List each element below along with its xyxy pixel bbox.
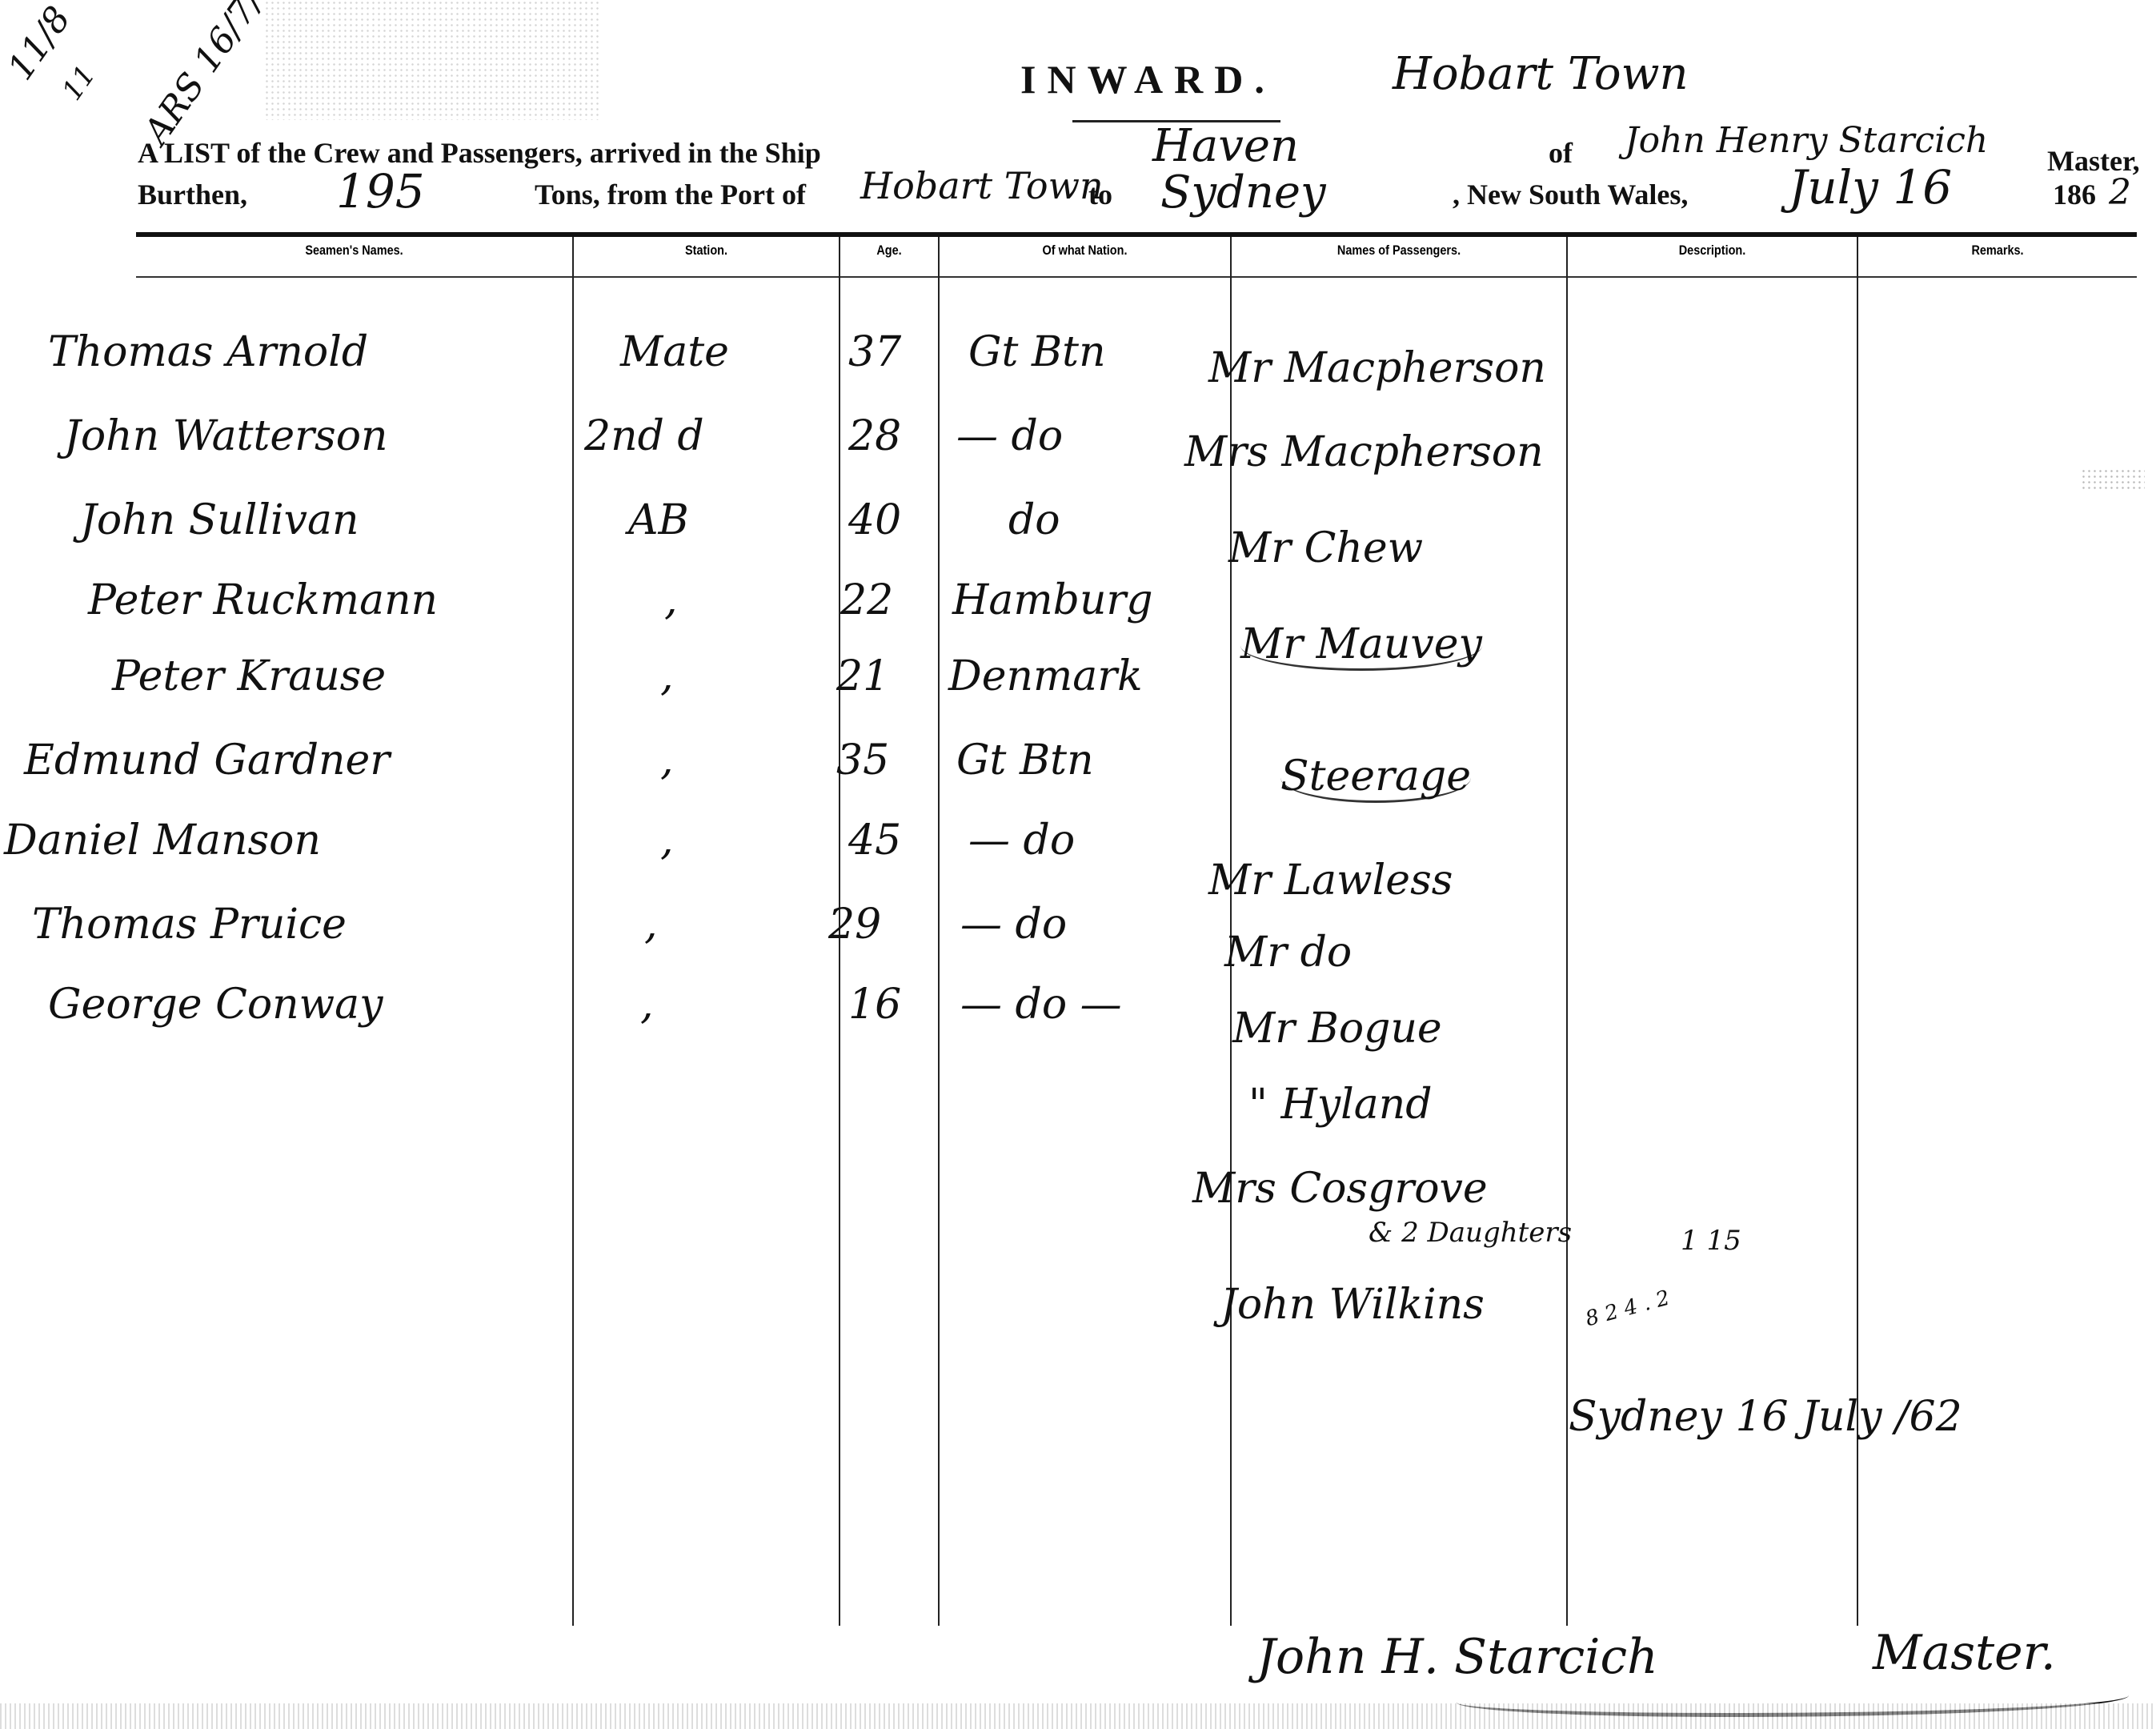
divider-description (1566, 237, 1568, 1626)
seaman-age: 28 (848, 412, 901, 460)
of-label: of (1549, 136, 1573, 170)
ship-name-line2: Haven (1152, 120, 1299, 172)
year-prefix: 186 (2053, 178, 2096, 211)
seaman-nation: Hamburg (952, 576, 1153, 624)
passenger-name: Mr Chew (1228, 524, 1423, 572)
col-header-remarks: Remarks. (1879, 243, 2116, 259)
description-figure-bottom: 8 2 4 . 2 (1583, 1286, 1673, 1332)
passenger-note: & 2 Daughters (1369, 1217, 1572, 1249)
passenger-name: Mrs Macpherson (1184, 428, 1544, 476)
passenger-name: Mr do (1224, 929, 1352, 977)
arrival-place-date: Sydney 16 July /62 (1569, 1393, 1962, 1441)
seaman-name: Daniel Manson (4, 816, 321, 864)
nsw-label: , New South Wales, (1453, 178, 1688, 211)
master-name: John Henry Starcich (1625, 120, 1988, 161)
crew-row: John Watterson 2nd d 28 — do (0, 412, 1230, 476)
seaman-name: Peter Krause (112, 652, 386, 700)
seaman-station: 2nd d (584, 412, 704, 460)
crew-row: Peter Krause , 21 Denmark (0, 652, 1230, 716)
seaman-name: Thomas Pruice (32, 901, 347, 949)
seaman-age: 45 (848, 816, 901, 864)
col-header-description: Description. (1589, 243, 1835, 259)
tons-from-port-label: Tons, from the Port of (535, 178, 806, 211)
from-port: Hobart Town (860, 164, 1104, 207)
seaman-age: 21 (836, 652, 889, 700)
col-header-age: Age. (848, 243, 931, 259)
crew-row: George Conway , 16 — do — (0, 981, 1230, 1045)
seaman-station: Mate (620, 328, 729, 376)
list-heading-line1: A LIST of the Crew and Passengers, arriv… (138, 136, 821, 170)
seaman-nation: Denmark (948, 652, 1143, 700)
master-title: Master. (1873, 1625, 2056, 1681)
seaman-name: John Sullivan (80, 496, 359, 544)
passenger-name: Mr Mauvey (1240, 620, 1482, 671)
description-figure-top: 1 15 (1681, 1225, 1741, 1257)
header-rule-thick (136, 232, 2137, 237)
arrival-date: July 16 (1789, 160, 1952, 215)
seaman-station: AB (628, 496, 689, 544)
burthen-label: Burthen, (138, 178, 247, 211)
seaman-station: , (664, 576, 678, 624)
to-port: Sydney (1160, 166, 1326, 219)
seaman-age: 29 (828, 901, 881, 949)
seaman-station: , (660, 736, 674, 784)
crew-row: Peter Ruckmann , 22 Hamburg (0, 576, 1230, 640)
seaman-name: John Watterson (64, 412, 388, 460)
seaman-station: , (660, 816, 674, 864)
passenger-name: Mr Bogue (1232, 1005, 1442, 1053)
year-suffix: 2 (2109, 172, 2131, 213)
passenger-name: " Hyland (1248, 1081, 1433, 1129)
crew-row: Thomas Arnold Mate 37 Gt Btn (0, 328, 1230, 392)
passenger-name: John Wilkins (1220, 1281, 1485, 1329)
document-title: INWARD. (1020, 56, 1276, 102)
seaman-age: 22 (840, 576, 893, 624)
seaman-name: Edmund Gardner (24, 736, 390, 784)
burthen-tons: 195 (336, 164, 425, 219)
passenger-name: Mr Lawless (1208, 856, 1453, 905)
col-header-nation: Of what Nation. (961, 243, 1208, 259)
seaman-age: 35 (836, 736, 889, 784)
steerage-heading: Steerage (1280, 752, 1471, 803)
seaman-name: Peter Ruckmann (88, 576, 438, 624)
col-header-passengers: Names of Passengers. (1256, 243, 1541, 259)
scan-noise-top (264, 0, 600, 120)
master-signature: John H. Starcich (1256, 1629, 1658, 1685)
ship-name-handwritten: Hobart Town (1393, 48, 1689, 100)
seaman-nation: — do (968, 816, 1075, 864)
scan-speck (2081, 468, 2145, 492)
crew-row: Edmund Gardner , 35 Gt Btn (0, 736, 1230, 800)
seaman-name: George Conway (48, 981, 383, 1029)
passenger-name: Mrs Cosgrove (1192, 1165, 1488, 1213)
col-header-seamen-names: Seamen's Names. (169, 243, 539, 259)
seaman-nation: Gt Btn (956, 736, 1094, 784)
seaman-age: 40 (848, 496, 901, 544)
seaman-nation: — do — (960, 981, 1122, 1029)
seaman-nation: Gt Btn (968, 328, 1106, 376)
seaman-nation: — do (956, 412, 1063, 460)
seaman-station: , (644, 901, 658, 949)
col-header-station: Station. (594, 243, 819, 259)
seaman-nation: — do (960, 901, 1067, 949)
crew-row: Thomas Pruice , 29 — do (0, 901, 1230, 965)
seaman-nation: do (1008, 496, 1060, 544)
seaman-station: , (640, 981, 654, 1029)
seaman-station: , (660, 652, 674, 700)
seaman-age: 37 (848, 328, 901, 376)
to-label: to (1088, 178, 1112, 211)
passenger-name: Mr Macpherson (1208, 344, 1546, 392)
header-rule-thin (136, 276, 2137, 278)
seaman-name: Thomas Arnold (48, 328, 368, 376)
crew-row: John Sullivan AB 40 do (0, 496, 1230, 560)
corner-mark-2: 11 (56, 60, 102, 106)
seaman-age: 16 (848, 981, 901, 1029)
scan-bottom-edge (0, 1703, 2156, 1729)
crew-row: Daniel Manson , 45 — do (0, 816, 1230, 881)
